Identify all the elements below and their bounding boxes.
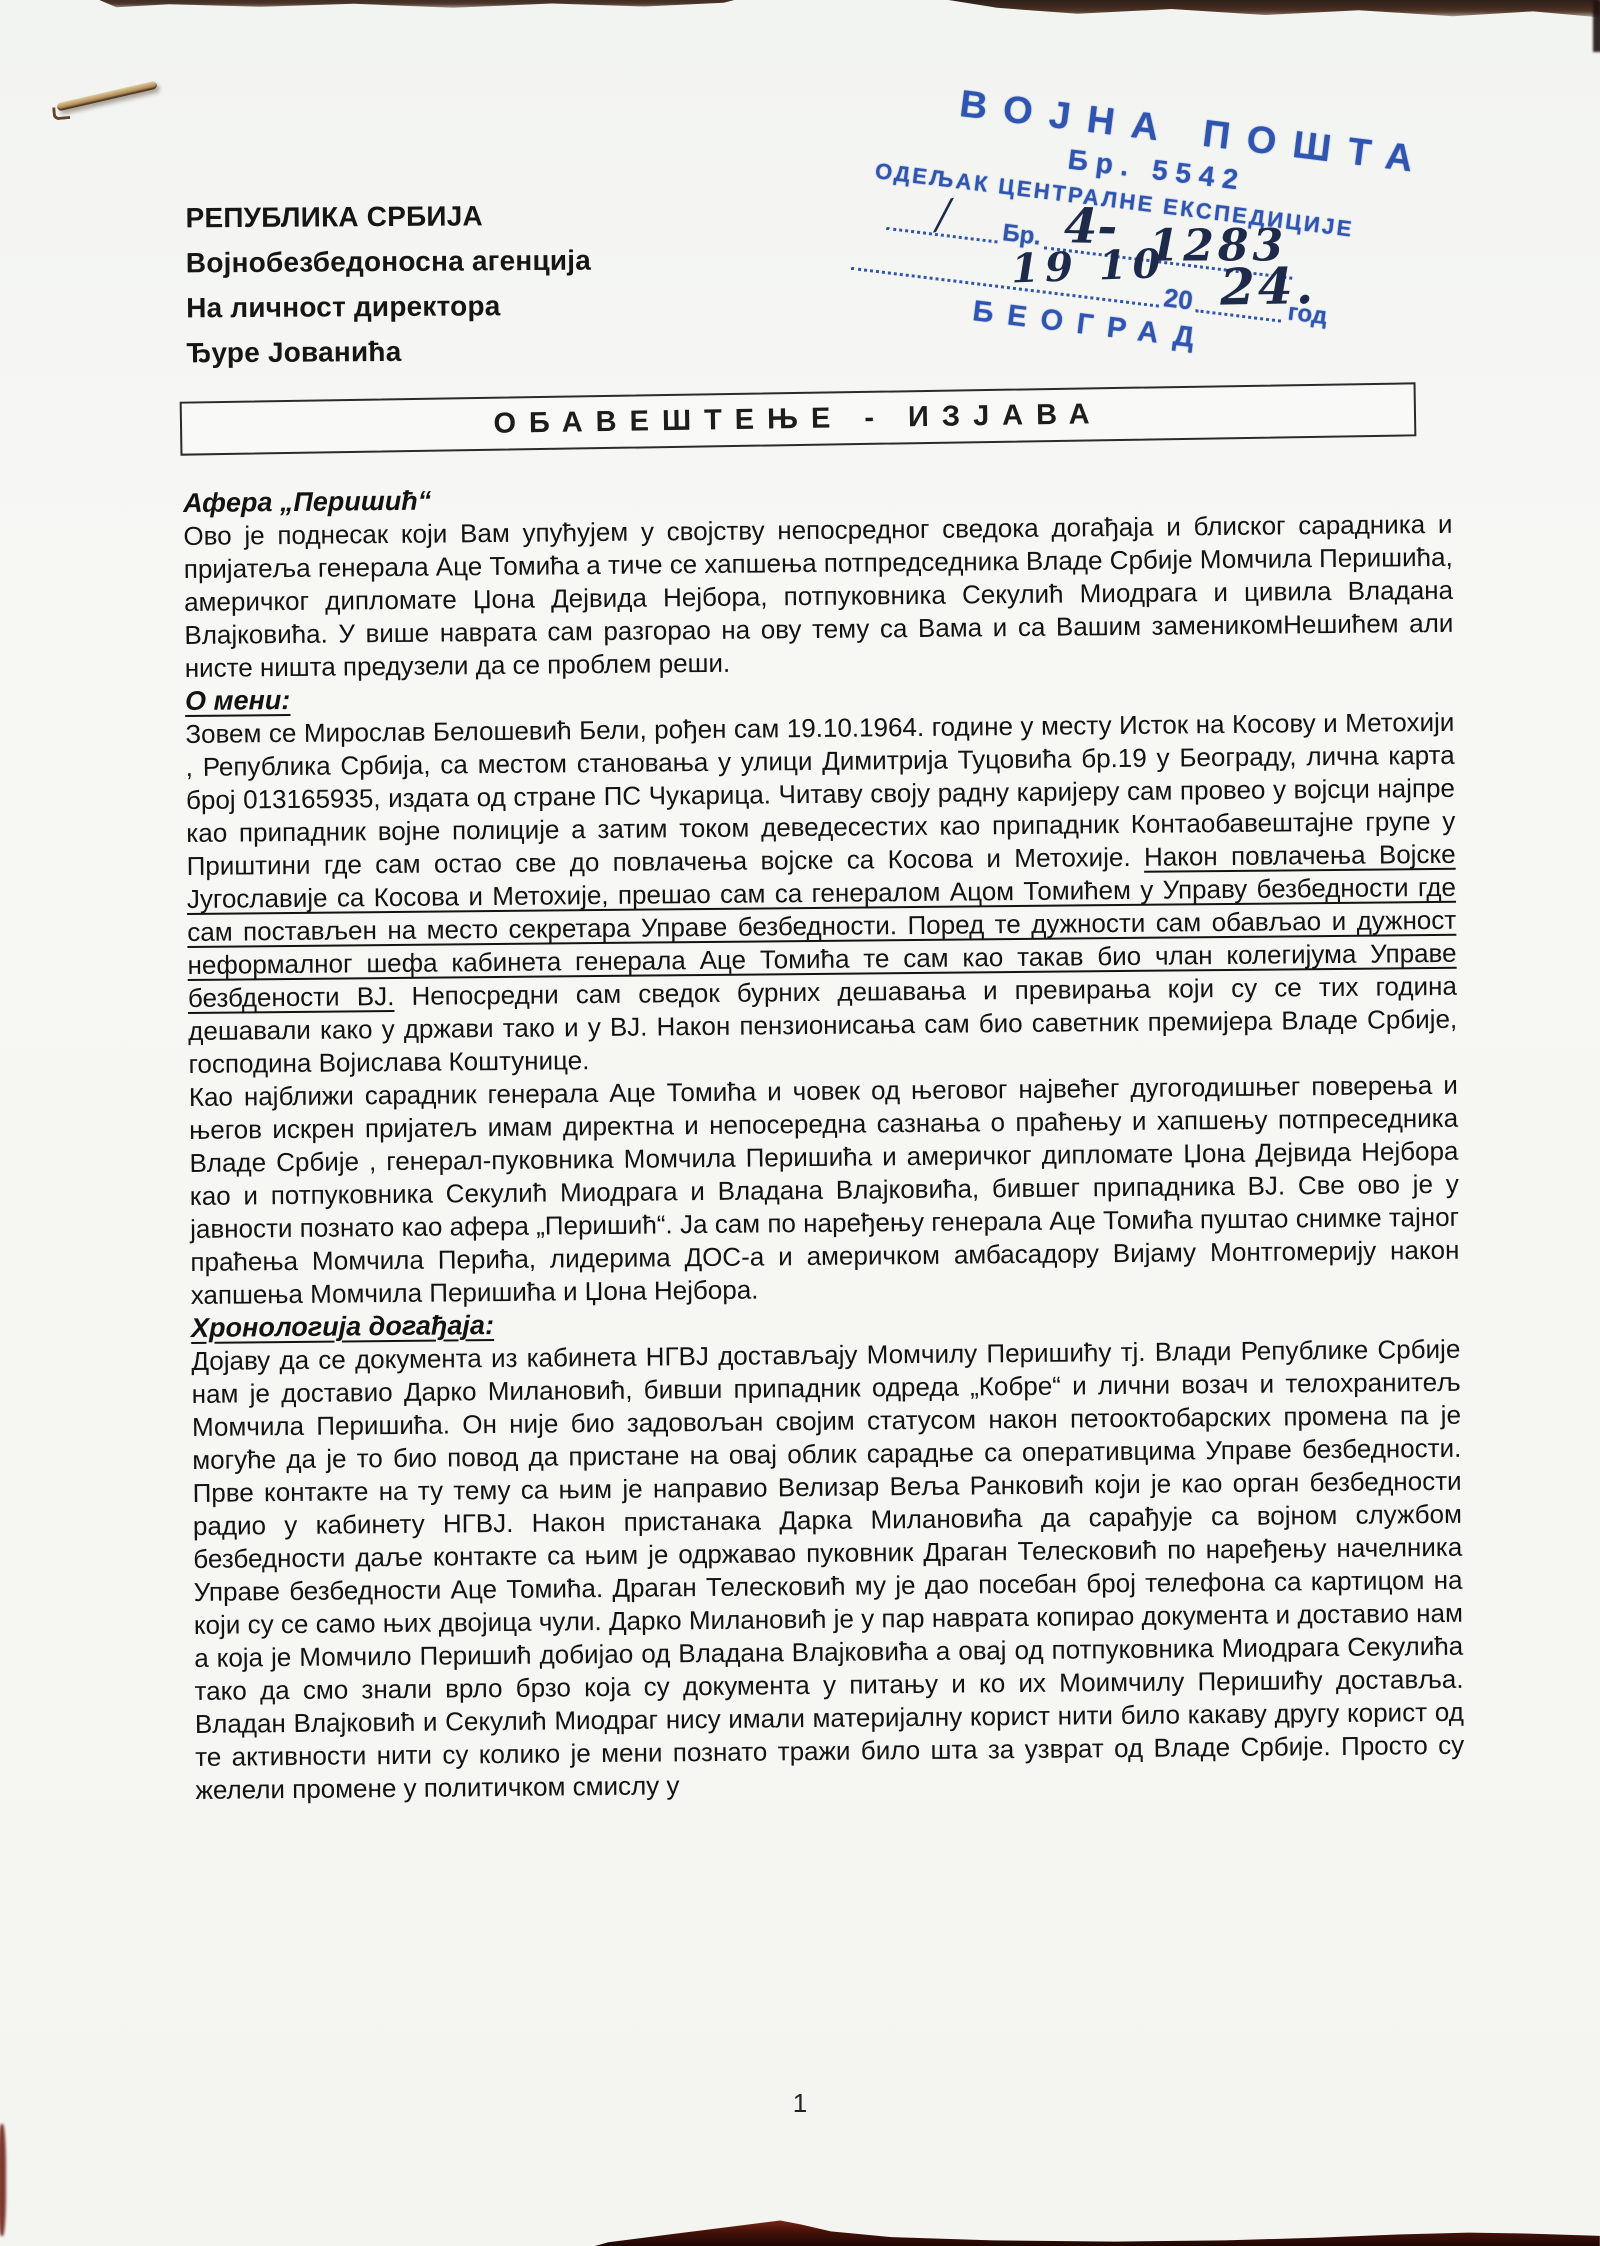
chronology-heading: Хронологија догађаја: xyxy=(191,1310,494,1343)
sender-director-name: Ђуре Јованића xyxy=(186,328,591,376)
handwritten-year: 24. xyxy=(1220,256,1317,317)
about-me-heading: О мени: xyxy=(185,685,291,716)
scan-edge-artifact-bottom-left xyxy=(0,2124,6,2236)
associate-paragraph: Као најближи сарадник генерала Аце Томић… xyxy=(189,1069,1460,1312)
military-post-stamp: ВОЈНА ПОШТА Бр. 5542 ОДЕЉАК ЦЕНТРАЛНЕ ЕК… xyxy=(876,76,1491,388)
document-title-box: ОБАВЕШТЕЊЕ - ИЗЈАВА xyxy=(180,382,1417,455)
stamp-year-prefix: 20 xyxy=(1163,286,1194,311)
page-number: 1 xyxy=(0,2088,1600,2119)
affair-heading: Афера „Перишић“ xyxy=(183,486,431,518)
sender-country: РЕПУБЛИКА СРБИЈА xyxy=(185,193,590,241)
scan-edge-artifact-top-right xyxy=(930,0,1600,21)
sender-attention-line: На личност директора xyxy=(186,283,591,331)
sender-block: РЕПУБЛИКА СРБИЈА Војнобезбедоносна агенц… xyxy=(185,193,591,376)
staple-icon xyxy=(56,81,157,112)
sender-agency: Војнобезбедоносна агенција xyxy=(186,238,591,286)
scan-edge-artifact-bottom xyxy=(588,2216,1600,2246)
document-title: ОБАВЕШТЕЊЕ - ИЗЈАВА xyxy=(493,398,1103,441)
about-me-paragraph: Зовем се Мирослав Белошевић Бели, рођен … xyxy=(185,706,1457,1081)
scan-edge-artifact-right xyxy=(1593,0,1600,52)
scan-edge-artifact-top-left xyxy=(90,0,750,11)
handwritten-date: 19 10 xyxy=(1010,240,1167,292)
scanned-document-page: РЕПУБЛИКА СРБИЈА Војнобезбедоносна агенц… xyxy=(0,0,1600,2246)
affair-paragraph: Ово је поднесак који Вам упућујем у свој… xyxy=(183,508,1454,685)
chronology-paragraph: Дојаву да се документа из кабинета НГВЈ … xyxy=(191,1333,1464,1807)
document-body: Афера „Перишић“ Ово је поднесак који Вам… xyxy=(183,475,1465,1807)
